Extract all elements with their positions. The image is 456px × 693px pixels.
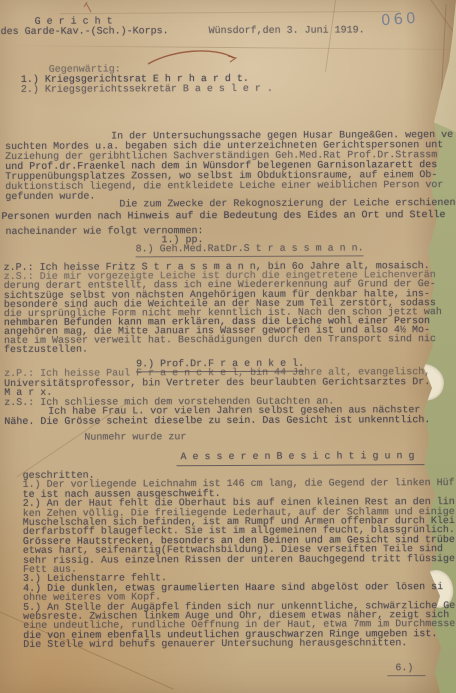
typewritten-text-layer: G e r i c h t des Garde-Kav.-(Sch.)-Korp…	[0, 0, 456, 693]
recognition-line: Die zum Zwecke der Rekognoszierung der L…	[119, 198, 456, 210]
section-heading: A e s s e r e n B e s i c h t i g u n g	[176, 451, 424, 466]
attendee-line: 2.) Kriegsgerichtssekretär B a e s l e r…	[21, 84, 273, 96]
catchword: 6.)	[387, 663, 425, 676]
page-number-stamp: 060	[380, 9, 419, 30]
testimony-line: Universitätsprofessor, bin Vertreter des…	[4, 377, 430, 390]
finding-line: sehr rissig. Aus einzelnen Rissen der un…	[23, 554, 455, 567]
intro-line: gefunden wurde.	[5, 192, 95, 203]
witness-heading-strassmann: 8.) Geh.Med.RatDr.S t r a s s m a n n.	[136, 243, 364, 257]
testimony-line: Nähe. Die Grösse scheint dieselbe zu sei…	[4, 415, 430, 428]
finding-line: Die Stelle wird behufs genauerer Untersu…	[23, 638, 407, 651]
transition-lead: Nunmehr wurde zur	[84, 432, 186, 443]
dateline: Wünsdorf,den 3. Juni 1919.	[209, 25, 365, 37]
recognition-line: Personen wurden nach Hinweis auf die Bed…	[1, 210, 445, 223]
testimony-line: festzustellen.	[4, 345, 88, 356]
document-background: G e r i c h t des Garde-Kav.-(Sch.)-Korp…	[0, 0, 456, 693]
court-unit: des Garde-Kav.-(Sch.)-Korps.	[1, 26, 169, 38]
